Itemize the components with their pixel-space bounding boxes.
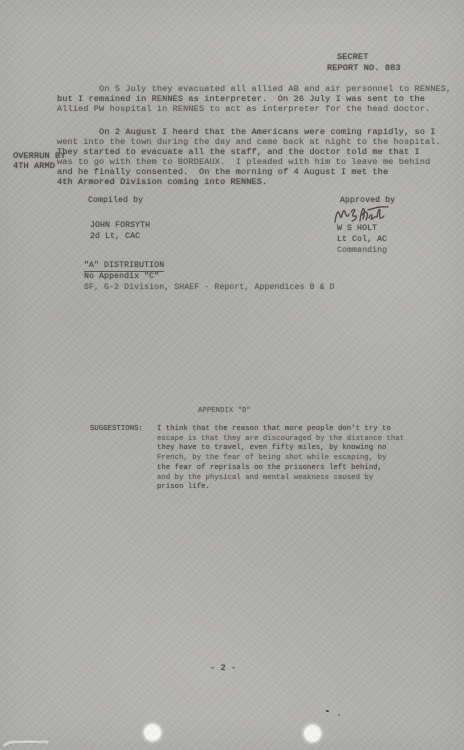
ink-speck: [326, 710, 329, 712]
paragraph-2: On 2 August I heard that the Americans w…: [57, 127, 441, 187]
suggestions-line: I think that the reason that more people…: [157, 425, 404, 435]
report-number: REPORT NO. 883: [327, 63, 401, 73]
approver-block: W S HOLT Lt Col, AC Commanding: [337, 224, 387, 256]
suggestions-line: and by the physical and mental weakness …: [157, 474, 404, 484]
paragraph-line: and he finally consented. On the morning…: [57, 167, 441, 177]
suggestions-line: escape is that they are discouraged by t…: [157, 435, 404, 445]
page-number: - 2 -: [210, 663, 236, 673]
approver-rank: Lt Col, AC: [337, 235, 387, 246]
distribution-title: "A" DISTRIBUTION: [84, 261, 335, 272]
suggestions-line: prison life.: [157, 483, 404, 493]
ink-speck: [338, 714, 340, 716]
paragraph-line: On 5 July they evacuated all allied AB a…: [57, 84, 451, 94]
punch-hole: [304, 725, 321, 742]
suggestions-block: I think that the reason that more people…: [157, 425, 404, 493]
paragraph-line: On 2 August I heard that the Americans w…: [57, 127, 441, 137]
distribution-line: SF, G-2 Division, SHAEF - Report, Append…: [84, 283, 335, 294]
margin-note: OVERRUN BY 4TH ARMD: [13, 151, 66, 171]
suggestions-line: they have to travel, even fifty miles, b…: [157, 444, 404, 454]
scanned-document-page: SECRET REPORT NO. 883 On 5 July they eva…: [0, 0, 464, 750]
approver-name: W S HOLT: [337, 224, 387, 235]
compiler-block: JOHN FORSYTH 2d Lt, CAC: [90, 221, 150, 243]
compiled-by-label: Compiled by: [88, 196, 143, 207]
compiler-name: JOHN FORSYTH: [90, 221, 150, 232]
paragraph-1: On 5 July they evacuated all allied AB a…: [57, 84, 451, 114]
margin-note-line: OVERRUN BY: [13, 151, 66, 161]
paragraph-line: went into the town during the day and ca…: [57, 137, 441, 147]
paragraph-line: 4th Armored Division coming into RENNES.: [57, 177, 441, 187]
distribution-line: No Appendix "C": [84, 272, 335, 283]
classification-stamp: SECRET: [337, 52, 369, 62]
paragraph-line: They started to evacuate all the staff, …: [57, 147, 441, 157]
paragraph-line: Allied PW hospital in RENNES to act as i…: [57, 104, 451, 114]
paragraph-line: but I remained in RENNES as interpreter.…: [57, 94, 451, 104]
appendix-title: APPENDIX "D": [198, 407, 251, 417]
compiler-rank: 2d Lt, CAC: [90, 232, 150, 243]
suggestions-label: SUGGESTIONS:: [90, 425, 143, 435]
approver-title: Commanding: [337, 246, 387, 257]
margin-note-line: 4TH ARMD: [13, 161, 66, 171]
distribution-block: "A" DISTRIBUTION No Appendix "C" SF, G-2…: [84, 261, 335, 293]
suggestions-line: French, by the fear of being shot while …: [157, 454, 404, 464]
paragraph-line: was to go with them to BORDEAUX. I plead…: [57, 157, 441, 167]
suggestions-line: the fear of reprisals on the prisoners l…: [157, 464, 404, 474]
punch-hole: [144, 724, 161, 741]
pencil-scribble: [3, 733, 53, 749]
